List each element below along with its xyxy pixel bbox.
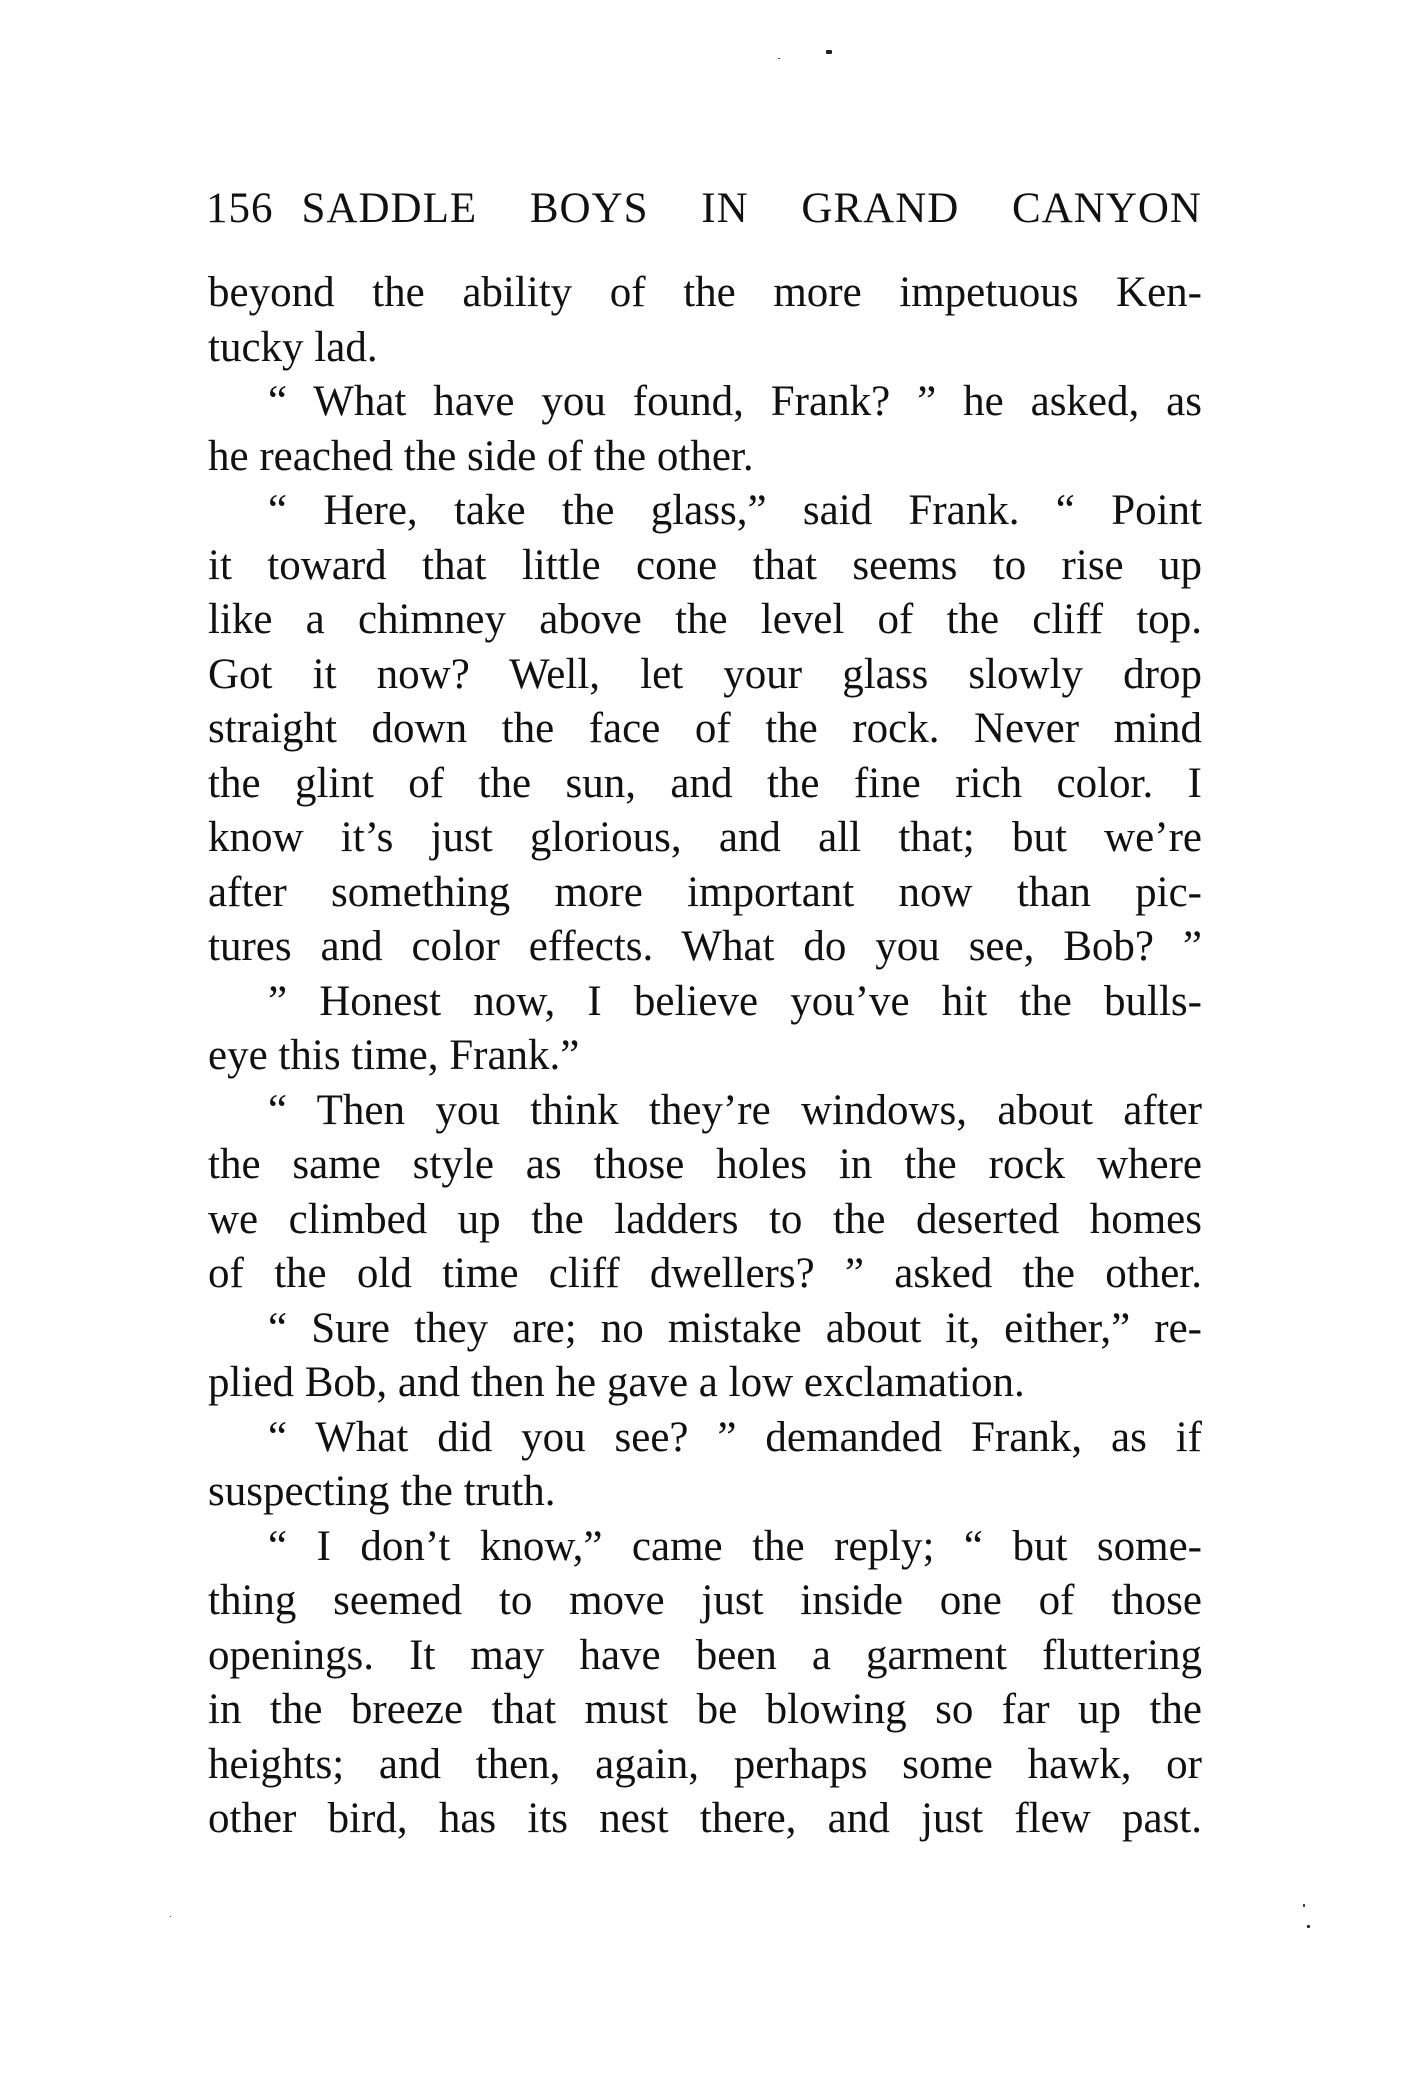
text-line: thing seemed to move just inside one of … [208,1574,1202,1629]
text-line: plied Bob, and then he gave a low exclam… [208,1356,1202,1411]
text-line: “ Then you think they’re windows, about … [208,1084,1202,1139]
text-line: after something more important now than … [208,866,1202,921]
scan-speck [778,58,780,59]
text-line: the same style as those holes in the roc… [208,1138,1202,1193]
text-line: suspecting the truth. [208,1465,1202,1520]
text-line: Got it now? Well, let your glass slowly … [208,648,1202,703]
text-line: know it’s just glorious, and all that; b… [208,811,1202,866]
page-number: 156 [206,182,274,236]
text-line: “ What have you found, Frank? ” he asked… [208,375,1202,430]
text-line: other bird, has its nest there, and just… [208,1792,1202,1847]
text-line: we climbed up the ladders to the deserte… [208,1193,1202,1248]
text-line: beyond the ability of the more impetuous… [208,266,1202,321]
scan-speck [170,1916,171,1917]
scan-speck [1307,1925,1310,1928]
text-line: tures and color effects. What do you see… [208,920,1202,975]
text-line: “ What did you see? ” demanded Frank, as… [208,1411,1202,1466]
body-text: beyond the ability of the more impetuous… [208,266,1202,1847]
text-line: of the old time cliff dwellers? ” asked … [208,1247,1202,1302]
text-line: he reached the side of the other. [208,430,1202,485]
text-line: ” Honest now, I believe you’ve hit the b… [208,975,1202,1030]
text-line: eye this time, Frank.” [208,1029,1202,1084]
text-line: like a chimney above the level of the cl… [208,593,1202,648]
text-line: straight down the face of the rock. Neve… [208,702,1202,757]
text-line: “ I don’t know,” came the reply; “ but s… [208,1520,1202,1575]
text-line: openings. It may have been a garment flu… [208,1629,1202,1684]
text-line: in the breeze that must be blowing so fa… [208,1683,1202,1738]
running-title: SADDLE BOYS IN GRAND CANYON [302,182,1203,236]
text-line: “ Sure they are; no mistake about it, ei… [208,1302,1202,1357]
text-line: it toward that little cone that seems to… [208,539,1202,594]
text-line: heights; and then, again, perhaps some h… [208,1738,1202,1793]
scan-speck [826,50,832,54]
text-line: “ Here, take the glass,” said Frank. “ P… [208,484,1202,539]
running-head: 156 SADDLE BOYS IN GRAND CANYON [206,182,1202,236]
text-line: the glint of the sun, and the fine rich … [208,757,1202,812]
book-page: 156 SADDLE BOYS IN GRAND CANYON beyond t… [0,0,1402,2075]
scan-speck [1303,1904,1305,1907]
text-line: tucky lad. [208,321,1202,376]
